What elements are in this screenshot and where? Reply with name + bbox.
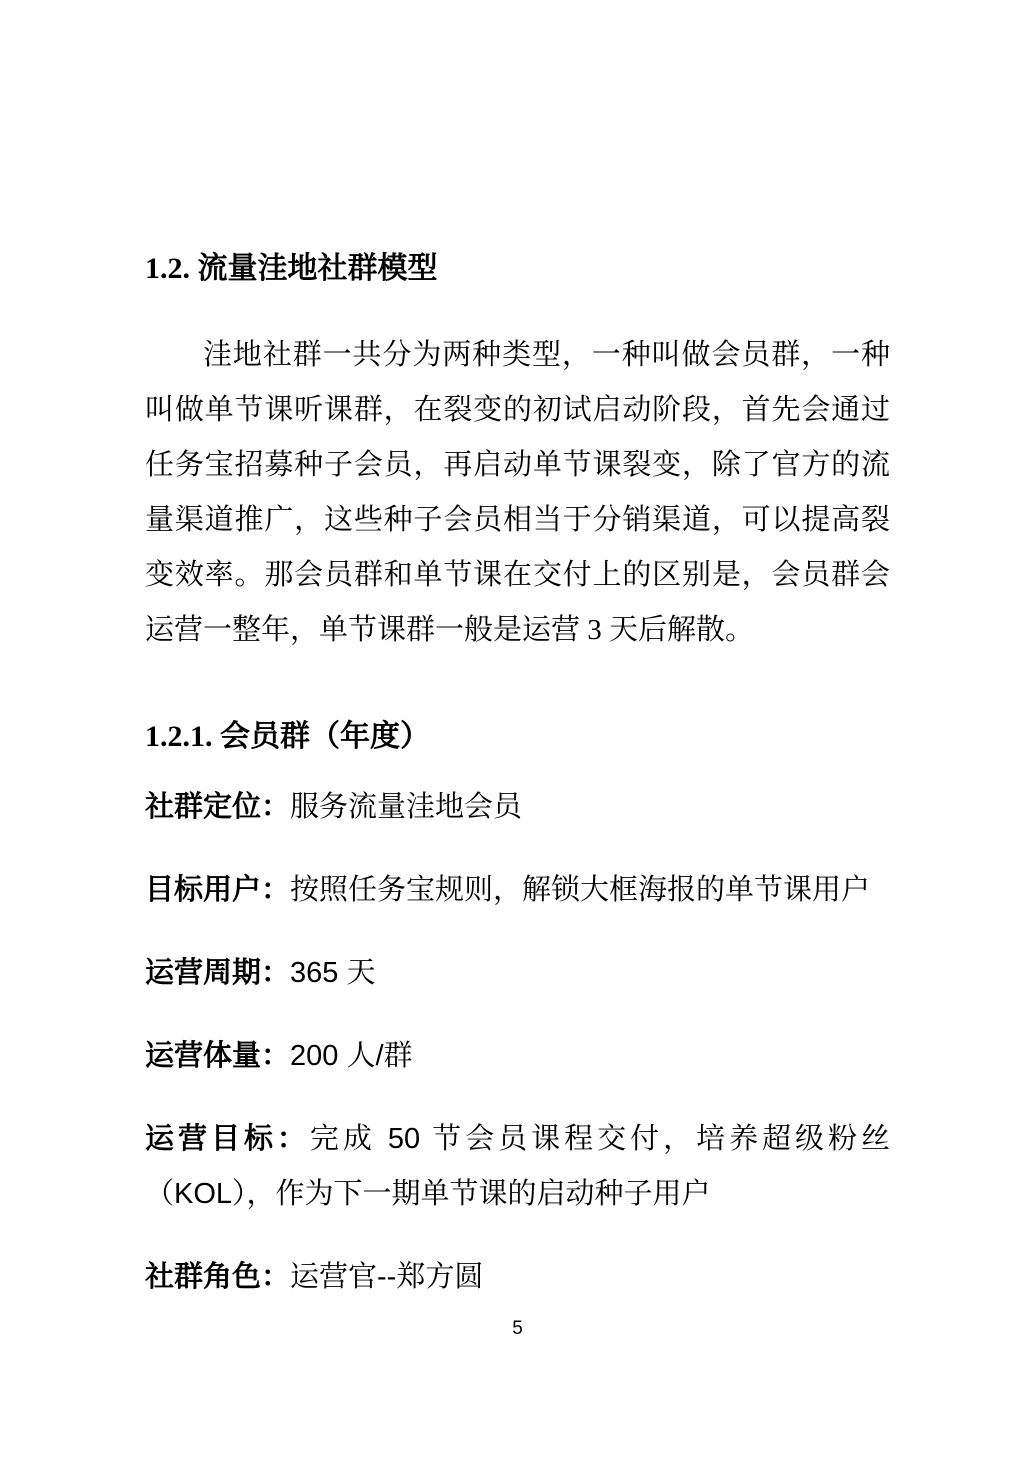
field-label-operation-goal: 运营目标：: [145, 1123, 310, 1155]
field-operation-volume: 运营体量：200 人/群: [145, 1029, 890, 1084]
field-value-operation-period: 365 天: [290, 957, 375, 989]
field-community-role: 社群角色：运营官--郑方圆: [145, 1250, 890, 1305]
page-number: 5: [512, 1318, 523, 1339]
intro-paragraph: 洼地社群一共分为两种类型，一种叫做会员群，一种叫做单节课听课群，在裂变的初试启动…: [145, 328, 890, 658]
field-value-community-role: 运营官--郑方圆: [290, 1261, 483, 1293]
field-label-target-users: 目标用户：: [145, 874, 290, 906]
field-label-community-role: 社群角色：: [145, 1261, 290, 1293]
document-page: 1.2. 流量洼地社群模型 洼地社群一共分为两种类型，一种叫做会员群，一种叫做单…: [0, 0, 1035, 1465]
field-label-community-positioning: 社群定位：: [145, 791, 290, 823]
field-target-users: 目标用户：按照任务宝规则，解锁大框海报的单节课用户: [145, 863, 890, 918]
section-heading-1-2-1: 1.2.1. 会员群（年度）: [145, 716, 890, 758]
field-label-operation-period: 运营周期：: [145, 957, 290, 989]
field-value-target-users: 按照任务宝规则，解锁大框海报的单节课用户: [290, 874, 870, 906]
field-community-positioning: 社群定位：服务流量洼地会员: [145, 780, 890, 835]
field-value-operation-volume: 200 人/群: [290, 1040, 413, 1072]
page-content: 1.2. 流量洼地社群模型 洼地社群一共分为两种类型，一种叫做会员群，一种叫做单…: [0, 0, 1035, 1305]
page-footer: 5: [0, 1318, 1035, 1340]
field-label-operation-volume: 运营体量：: [145, 1040, 290, 1072]
field-operation-period: 运营周期：365 天: [145, 946, 890, 1001]
section-heading-1-2: 1.2. 流量洼地社群模型: [145, 248, 890, 290]
field-operation-goal: 运营目标：完成 50 节会员课程交付，培养超级粉丝（KOL），作为下一期单节课的…: [145, 1112, 890, 1222]
field-value-community-positioning: 服务流量洼地会员: [290, 791, 522, 823]
